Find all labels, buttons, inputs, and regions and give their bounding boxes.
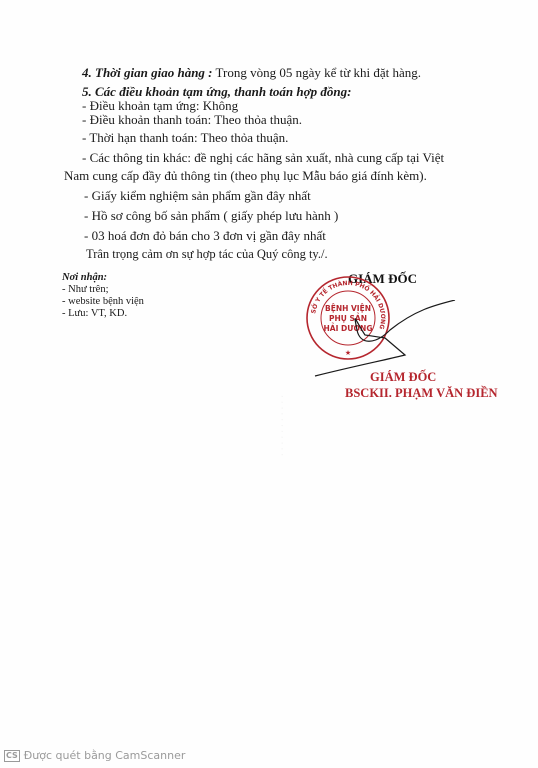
- bleed-through-texture: · · · · · · · · · · ·: [275, 395, 286, 457]
- handwritten-signature: [305, 300, 465, 380]
- closing-line: Trân trọng cảm ơn sự hợp tác của Quý côn…: [86, 247, 328, 262]
- signature-red-title: GIÁM ĐỐC: [370, 370, 436, 385]
- other-info-line1: - Các thông tin khác: đề nghị các hãng s…: [82, 150, 444, 165]
- recipient-item: - website bệnh viện: [62, 296, 144, 308]
- recipient-item: - Lưu: VT, KD.: [62, 308, 127, 320]
- other-info-item: - Hồ sơ công bố sản phẩm ( giấy phép lưu…: [84, 208, 338, 223]
- recipients-heading: Nơi nhận:: [62, 272, 107, 284]
- section-4: 4. Thời gian giao hàng : Trong vòng 05 n…: [82, 65, 421, 80]
- section-5-item: - Thời hạn thanh toán: Theo thỏa thuận.: [82, 130, 288, 145]
- section-5-item: - Điều khoản thanh toán: Theo thỏa thuận…: [82, 112, 302, 127]
- watermark-text: Được quét bằng CamScanner: [24, 749, 186, 762]
- document-page: · · · · · · · · · · · 4. Thời gian giao …: [0, 0, 538, 768]
- section-5-heading: 5. Các điều khoản tạm ứng, thanh toán hợ…: [82, 84, 351, 99]
- camscanner-logo-icon: CS: [4, 750, 20, 762]
- recipient-item: - Như trên;: [62, 284, 109, 296]
- section-5-item: - Điều khoản tạm ứng: Không: [82, 98, 238, 113]
- other-info-line2: Nam cung cấp đầy đủ thông tin (theo phụ …: [64, 168, 427, 183]
- other-info-item: - Giấy kiểm nghiệm sản phẩm gần đây nhất: [84, 188, 311, 203]
- section-4-heading: 4. Thời gian giao hàng :: [82, 65, 213, 80]
- signatory-name: BSCKII. PHẠM VĂN ĐIỀN: [345, 386, 498, 401]
- section-4-text: Trong vòng 05 ngày kể từ khi đặt hàng.: [213, 65, 422, 80]
- camscanner-watermark: CS Được quét bằng CamScanner: [4, 749, 185, 762]
- other-info-item: - 03 hoá đơn đỏ bán cho 3 đơn vị gần đây…: [84, 228, 326, 243]
